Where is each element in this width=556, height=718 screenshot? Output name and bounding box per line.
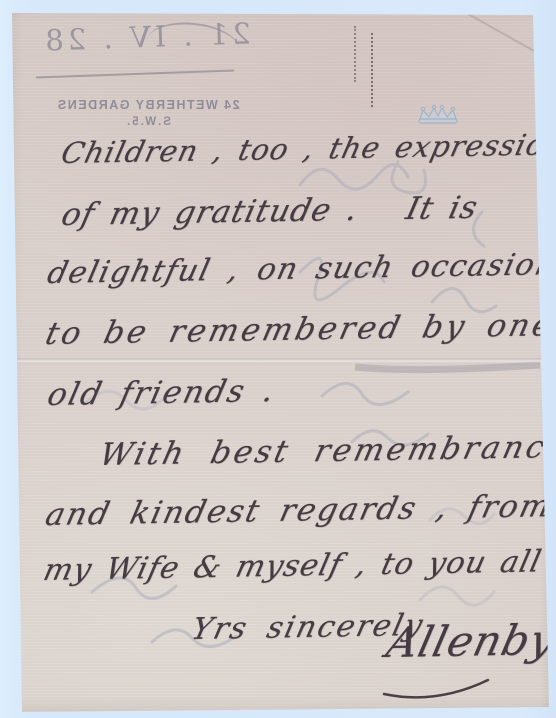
scan-background: 21 . IV . 28 24 WETHERBY GARDENS S.W.5. …	[0, 0, 556, 718]
signature-flourish	[0, 0, 556, 718]
letter-page: 21 . IV . 28 24 WETHERBY GARDENS S.W.5. …	[0, 0, 556, 718]
